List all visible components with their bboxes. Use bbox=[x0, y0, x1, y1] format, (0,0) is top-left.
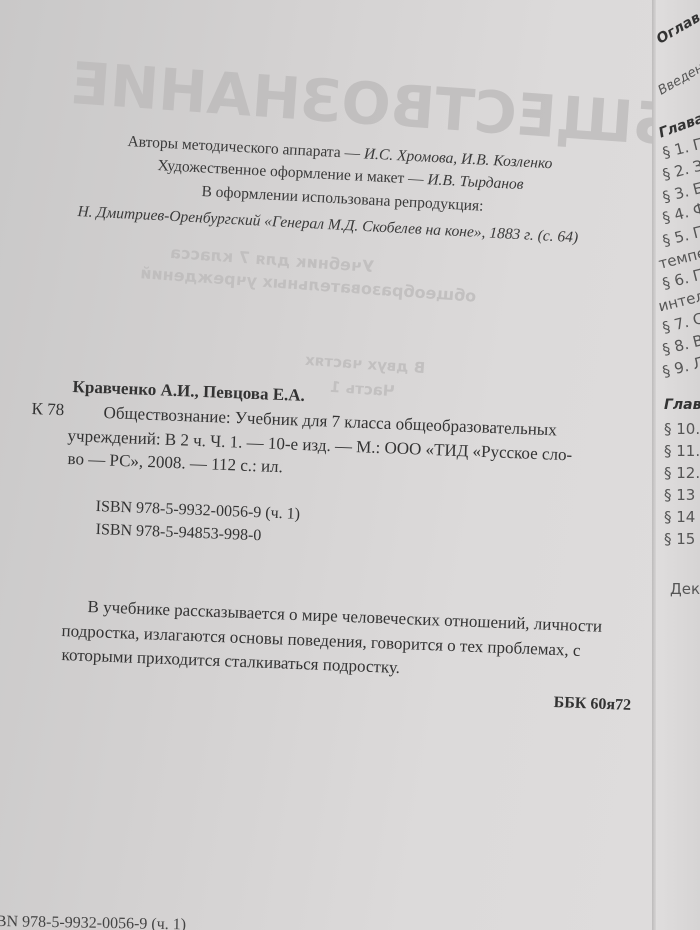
book-authors: Кравченко А.И., Певцова Е.А. bbox=[72, 377, 305, 406]
book-title-line3: во — РС», 2008. — 112 с.: ил. bbox=[67, 449, 283, 477]
toc-heading: Оглавл bbox=[656, 5, 700, 48]
footer-isbn: BN 978-5-9932-0056-9 (ч. 1) bbox=[0, 913, 186, 930]
credits-painting: Н. Дмитриев-Оренбургский «Генерал М.Д. С… bbox=[77, 203, 579, 247]
isbn-part1: ISBN 978-5-9932-0056-9 (ч. 1) bbox=[95, 498, 300, 524]
credits-design-names: И.В. Тырданов bbox=[427, 171, 524, 193]
ghost-part1: Часть 1 bbox=[329, 378, 395, 400]
toc-item: § 13 bbox=[664, 486, 695, 504]
ghost-parts: В двух частях bbox=[305, 351, 426, 377]
library-index: К 78 bbox=[31, 399, 64, 420]
credits-methodical-names: И.С. Хромова, И.В. Козленко bbox=[364, 145, 553, 172]
toc-item: § 12. bbox=[664, 464, 700, 482]
isbn-set: ISBN 978-5-94853-998-0 bbox=[95, 521, 261, 545]
toc-item: § 14 bbox=[664, 508, 695, 526]
bbk-code: ББК 60я72 bbox=[553, 694, 631, 715]
toc-closing: Дек bbox=[670, 580, 700, 598]
toc-item: § 11. bbox=[664, 442, 700, 460]
toc-item: § 15 bbox=[664, 530, 695, 548]
toc-intro: Введен bbox=[656, 60, 700, 98]
toc-item: § 10. bbox=[664, 420, 700, 438]
toc-chapter-2: Глав bbox=[664, 397, 700, 413]
left-page: ОБЩЕСТВОЗНАНИЕ Учебник для 7 класса обще… bbox=[0, 0, 655, 930]
right-page-toc: Оглавл Введен Глава § 1. Пе§ 2. За§ 3. Б… bbox=[656, 0, 700, 930]
